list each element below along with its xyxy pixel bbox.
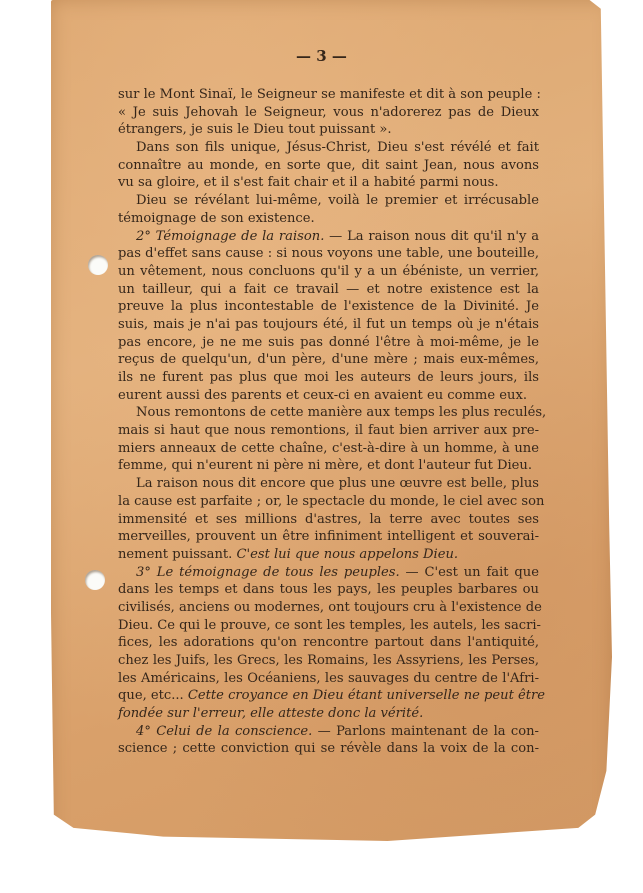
text-run: — Parlons maintenant de la con- (312, 724, 539, 739)
text-line: Dieu. Ce qui le prouve, ce sont les temp… (118, 617, 539, 635)
paragraph: sur le Mont Sinaï, le Seigneur se manife… (118, 86, 539, 139)
punch-hole (85, 570, 105, 590)
paragraph: La raison nous dit encore que plus une œ… (118, 475, 539, 563)
text-line: merveilles, prouvent un être infiniment … (118, 528, 539, 546)
paragraph: Nous remontons de cette manière aux temp… (118, 404, 539, 475)
text-line: Nous remontons de cette manière aux temp… (118, 404, 539, 422)
text-line: la cause est parfaite ; or, le spectacle… (118, 493, 539, 511)
body-text: sur le Mont Sinaï, le Seigneur se manife… (118, 86, 539, 758)
text-line: pas encore, je ne me suis pas donné l'êt… (118, 334, 539, 352)
text-run: — La raison nous dit qu'il n'y a (324, 229, 539, 244)
text-line: Dans son fils unique, Jésus-Christ, Dieu… (118, 139, 539, 157)
text-line: eurent aussi des parents et ceux-ci en a… (118, 387, 539, 405)
text-line: science ; cette conviction qui se révèle… (118, 740, 539, 758)
section-conscience: 4° Celui de la conscience. — Parlons mai… (118, 723, 539, 758)
paragraph: Dieu se révélant lui-même, voilà le prem… (118, 192, 539, 227)
section-heading-line: 2° Témoignage de la raison. — La raison … (118, 228, 539, 246)
text-line: La raison nous dit encore que plus une œ… (118, 475, 539, 493)
section-peuples: 3° Le témoignage de tous les peuples. — … (118, 564, 539, 723)
text-line: immensité et ses millions d'astres, la t… (118, 511, 539, 529)
text-line: ils ne furent pas plus que moi les auteu… (118, 369, 539, 387)
text-line: suis, mais je n'ai pas toujours été, il … (118, 316, 539, 334)
text-line: un vêtement, nous concluons qu'il y a un… (118, 263, 539, 281)
text-line: Dieu se révélant lui-même, voilà le prem… (118, 192, 539, 210)
text-run: nement puissant. (118, 547, 236, 562)
text-run: — C'est un fait que (400, 565, 539, 580)
section-heading: 4° Celui de la conscience. (136, 724, 312, 739)
emphasis: C'est lui que nous appelons Dieu. (236, 547, 458, 562)
text-line: vu sa gloire, et il s'est fait chair et … (118, 174, 539, 192)
page-number: — 3 — (0, 47, 643, 65)
section-raison: 2° Témoignage de la raison. — La raison … (118, 228, 539, 405)
text-line: étrangers, je suis le Dieu tout puissant… (118, 121, 539, 139)
section-heading-line: 4° Celui de la conscience. — Parlons mai… (118, 723, 539, 741)
text-line: sur le Mont Sinaï, le Seigneur se manife… (118, 86, 539, 104)
emphasis: Cette croyance en Dieu étant universelle… (188, 688, 545, 703)
text-line: dans les temps et dans tous les pays, le… (118, 581, 539, 599)
text-line: miers anneaux de cette chaîne, c'est-à-d… (118, 440, 539, 458)
text-line: témoignage de son existence. (118, 210, 539, 228)
text-line: mais si haut que nous remontions, il fau… (118, 422, 539, 440)
section-heading: 2° Témoignage de la raison. (136, 229, 324, 244)
punch-hole (88, 255, 108, 275)
text-line: les Américains, les Océaniens, les sauva… (118, 670, 539, 688)
text-run: que, etc... (118, 688, 188, 703)
section-heading-line: 3° Le témoignage de tous les peuples. — … (118, 564, 539, 582)
text-line: que, etc... Cette croyance en Dieu étant… (118, 687, 539, 705)
text-line: chez les Juifs, les Grecs, les Romains, … (118, 652, 539, 670)
paragraph: Dans son fils unique, Jésus-Christ, Dieu… (118, 139, 539, 192)
text-line: femme, qui n'eurent ni père ni mère, et … (118, 457, 539, 475)
text-line: nement puissant. C'est lui que nous appe… (118, 546, 539, 564)
text-line: civilisés, anciens ou modernes, ont touj… (118, 599, 539, 617)
emphasis-line: fondée sur l'erreur, elle atteste donc l… (118, 705, 539, 723)
text-line: preuve la plus incontestable de l'existe… (118, 298, 539, 316)
text-line: fices, les adorations qu'on rencontre pa… (118, 634, 539, 652)
text-line: pas d'effet sans cause : si nous voyons … (118, 245, 539, 263)
text-line: reçus de quelqu'un, d'un père, d'une mèr… (118, 351, 539, 369)
text-line: un tailleur, qui a fait ce travail — et … (118, 281, 539, 299)
text-line: connaître au monde, en sorte que, dit sa… (118, 157, 539, 175)
text-line: « Je suis Jehovah le Seigneur, vous n'ad… (118, 104, 539, 122)
section-heading: 3° Le témoignage de tous les peuples. (136, 565, 400, 580)
